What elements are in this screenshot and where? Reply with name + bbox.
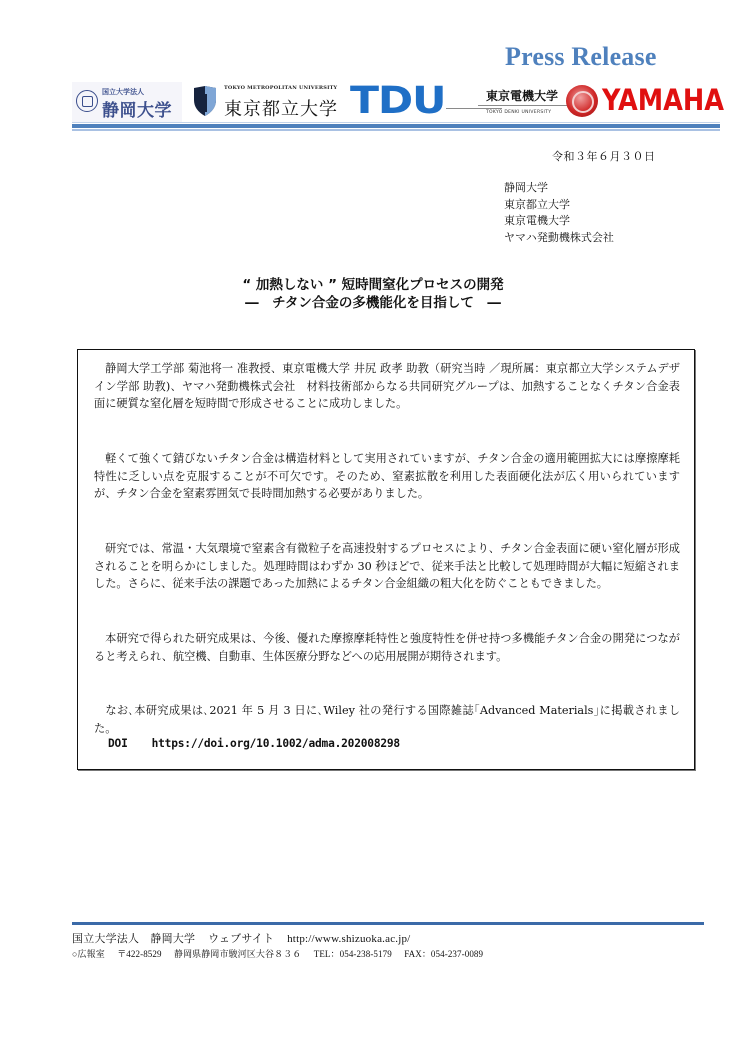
- footer-university: 国立大学法人 静岡大学: [72, 933, 195, 945]
- yamaha-logo-text: YAMAHA: [602, 83, 724, 117]
- summary-paragraph-3: 研究では、常温・大気環境で窒素含有微粒子を高速投射するプロセスにより、チタン合金…: [94, 540, 680, 593]
- tokyo-metropolitan-university-logo: TOKYO METROPOLITAN UNIVERSITY 東京都立大学: [194, 82, 346, 122]
- denki-logo-name: 東京電機大学: [486, 87, 558, 104]
- denki-logo-rule: [478, 105, 568, 106]
- footer-address: 静岡県静岡市駿河区大谷８３６: [174, 949, 301, 959]
- shizuoka-emblem-icon: [76, 90, 98, 112]
- denki-logo-english: TOKYO DENKI UNIVERSITY: [486, 110, 551, 115]
- summary-paragraph-4: 本研究で得られた研究成果は、今後、優れた摩擦摩耗特性と強度特性を併せ持つ多機能チ…: [94, 630, 680, 665]
- footer-website-link[interactable]: http://www.shizuoka.ac.jp/: [287, 933, 410, 945]
- footer-website-line: 国立大学法人 静岡大学 ウェブサイト http://www.shizuoka.a…: [72, 930, 420, 946]
- summary-paragraph-5: なお､本研究成果は､2021 年 5 月 3 日に､Wiley 社の発行する国際…: [94, 702, 680, 737]
- organization-item: 静岡大学: [504, 180, 614, 197]
- document-title: “ 加熱しない ” 短時間窒化プロセスの開発 ― チタン合金の多機能化を目指して…: [0, 276, 746, 312]
- tokyo-denki-university-logo: 東京電機大学 TOKYO DENKI UNIVERSITY: [478, 82, 568, 122]
- shizuoka-university-logo: 国立大学法人 静岡大学: [72, 82, 182, 122]
- organization-item: 東京電機大学: [504, 213, 614, 230]
- doi-line: DOIhttps://doi.org/10.1002/adma.20200829…: [108, 737, 400, 750]
- footer-contact-line: ○広報室 〒422-8529 静岡県静岡市駿河区大谷８３６ TEL：054-23…: [72, 947, 493, 960]
- tmu-logo-name: 東京都立大学: [224, 95, 338, 121]
- footer-tel: TEL：054-238-5179: [314, 949, 392, 959]
- footer-website-label: ウェブサイト: [208, 933, 274, 945]
- partner-logos: 国立大学法人 静岡大学 TOKYO METROPOLITAN UNIVERSIT…: [72, 82, 720, 122]
- summary-paragraph-1: 静岡大学工学部 菊池将一 准教授、東京電機大学 井尻 政孝 助教（研究当時 ／現…: [94, 360, 680, 413]
- organization-item: 東京都立大学: [504, 197, 614, 214]
- yamaha-tuning-fork-emblem-icon: [566, 85, 598, 117]
- tmu-shield-icon: [194, 86, 216, 116]
- summary-paragraph-2: 軽くて強くて錆びないチタン合金は構造材料として実用されていますが、チタン合金の適…: [94, 450, 680, 503]
- footer-office: ○広報室: [72, 949, 105, 959]
- shizuoka-logo-name: 静岡大学: [102, 96, 172, 121]
- footer-postal-code: 〒422-8529: [117, 949, 161, 959]
- press-release-label: Press Release: [505, 42, 657, 72]
- release-date: 令和３年６月３０日: [552, 148, 656, 164]
- doi-label: DOI: [108, 737, 128, 750]
- footer-divider: [72, 922, 704, 925]
- yamaha-logo: YAMAHA: [566, 82, 720, 122]
- title-subtitle: ― チタン合金の多機能化を目指して ―: [0, 294, 746, 312]
- tdu-logo: TDU: [350, 82, 440, 122]
- organization-list: 静岡大学 東京都立大学 東京電機大学 ヤマハ発動機株式会社: [504, 180, 614, 246]
- title-line-1: “ 加熱しない ” 短時間窒化プロセスの開発: [0, 276, 746, 294]
- doi-link[interactable]: https://doi.org/10.1002/adma.202008298: [152, 737, 400, 750]
- tmu-logo-subtitle: TOKYO METROPOLITAN UNIVERSITY: [224, 85, 337, 91]
- footer-fax: FAX：054-237-0089: [404, 949, 483, 959]
- header-divider: [72, 122, 720, 131]
- organization-item: ヤマハ発動機株式会社: [504, 230, 614, 247]
- tdu-logo-text: TDU: [350, 79, 445, 122]
- summary-box: 静岡大学工学部 菊池将一 准教授、東京電機大学 井尻 政孝 助教（研究当時 ／現…: [77, 349, 695, 770]
